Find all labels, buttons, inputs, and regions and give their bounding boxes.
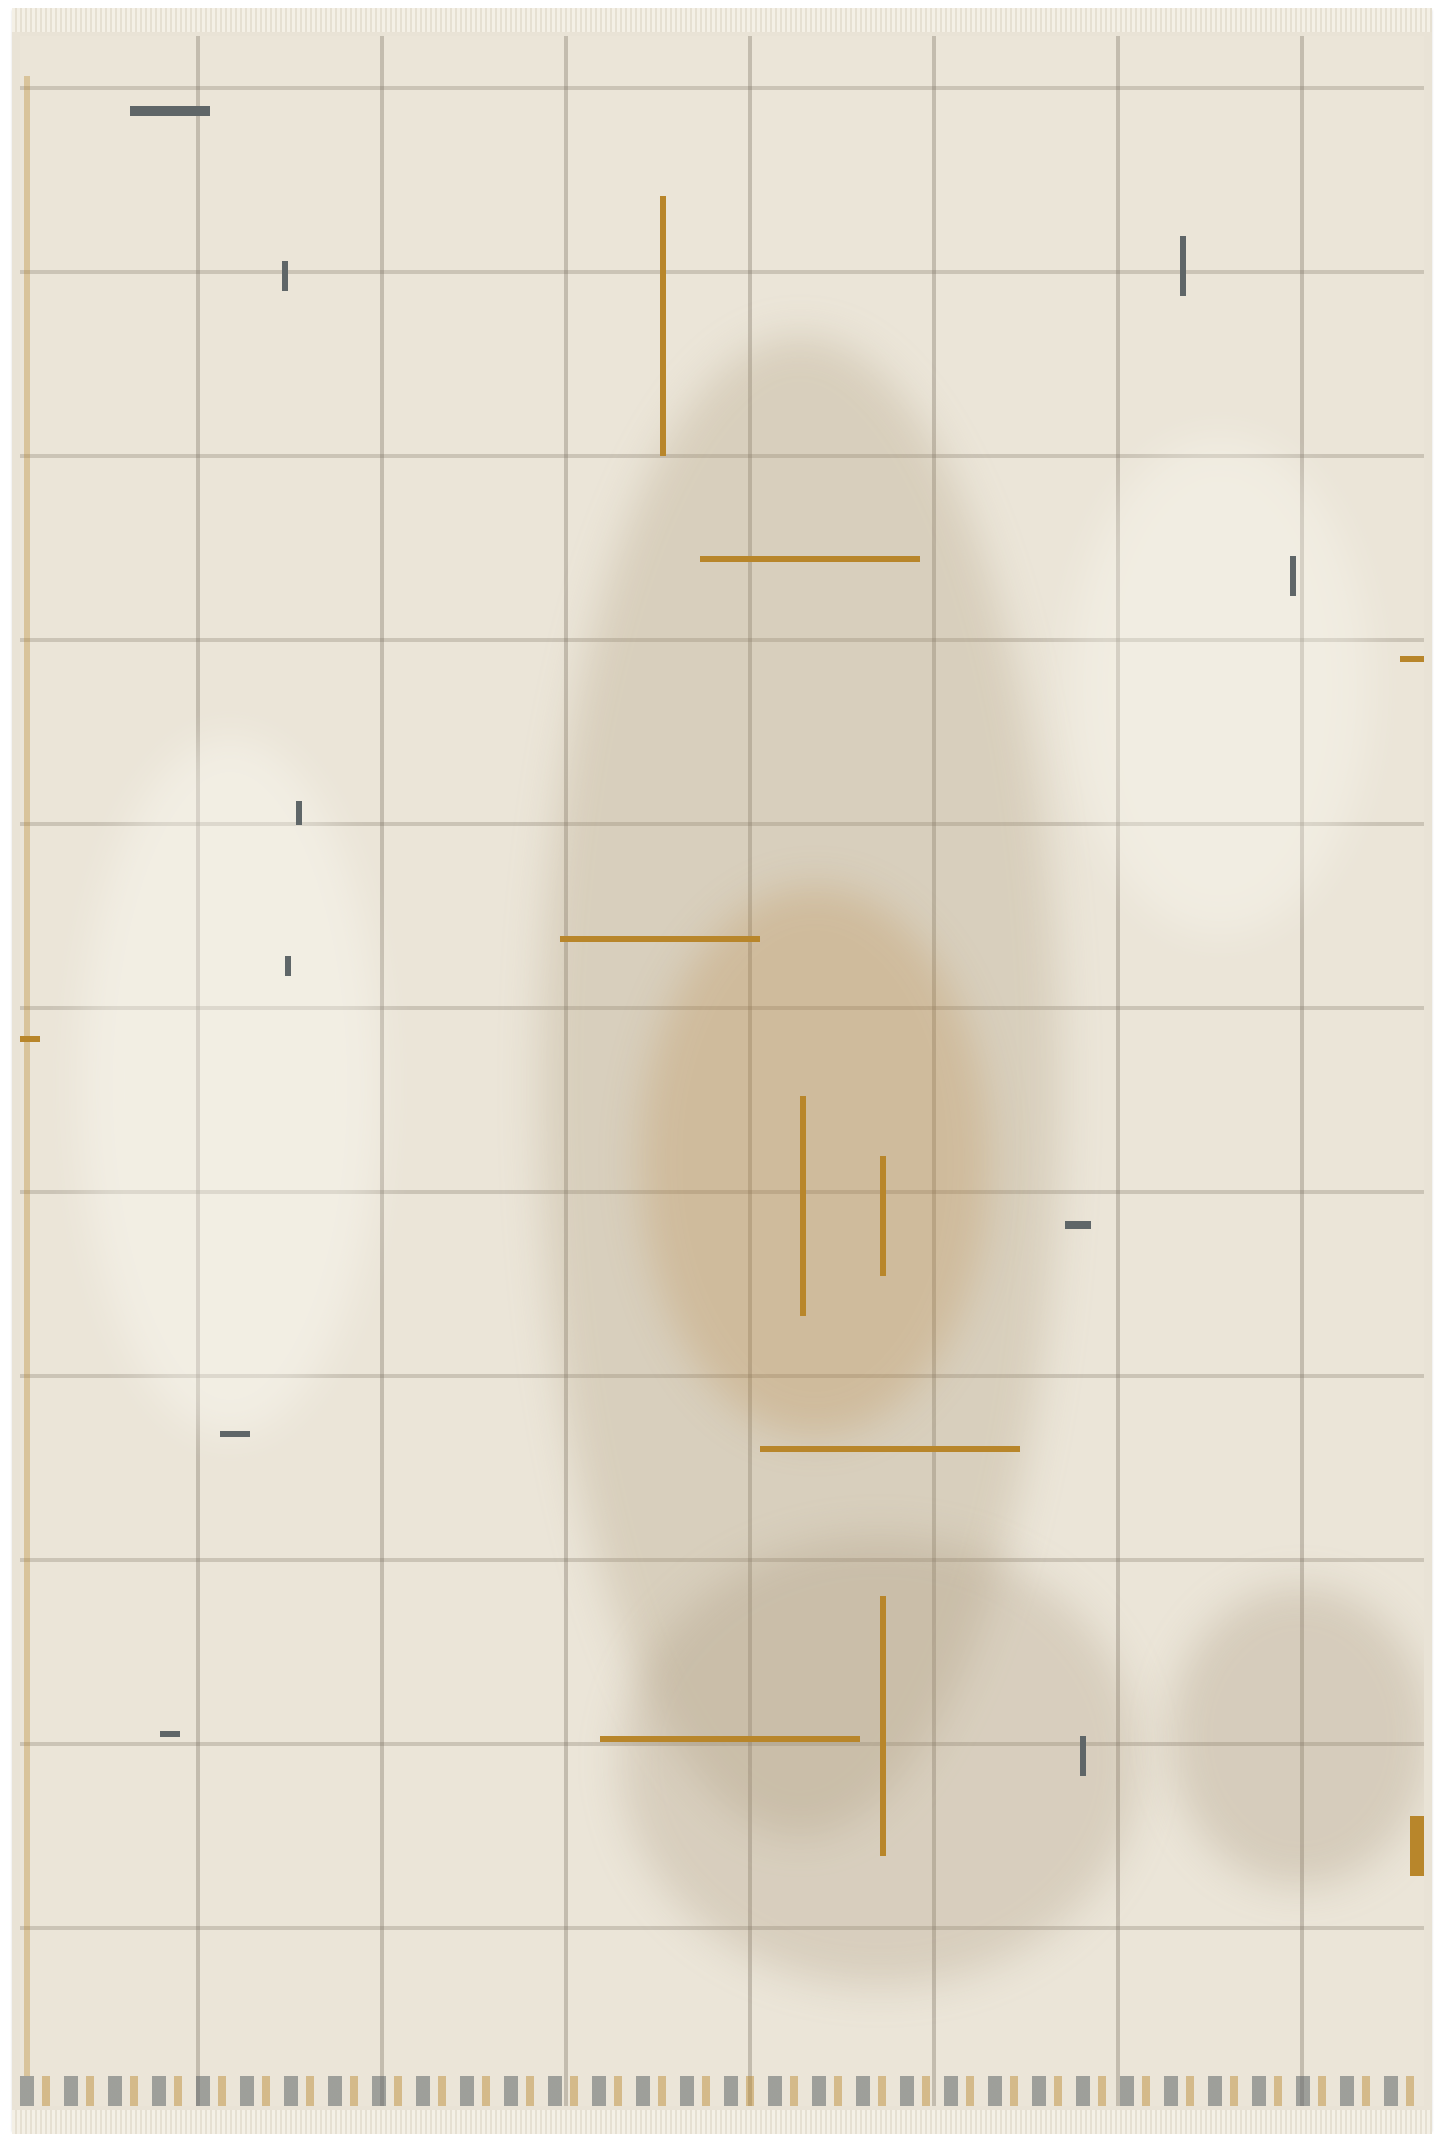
gold-fleck bbox=[1400, 656, 1424, 662]
gold-fleck bbox=[560, 936, 760, 942]
gold-fleck bbox=[600, 1736, 860, 1742]
gold-fleck bbox=[1410, 1816, 1424, 1876]
top-fringe bbox=[12, 8, 1432, 32]
taupe-wash bbox=[1170, 1586, 1424, 1886]
slate-fleck bbox=[285, 956, 291, 976]
slate-fleck bbox=[1080, 1736, 1086, 1776]
gold-fleck bbox=[660, 196, 666, 456]
slate-fleck bbox=[1180, 236, 1186, 296]
slate-fleck bbox=[282, 261, 288, 291]
gold-fleck bbox=[800, 1096, 806, 1316]
bottom-distressed-border bbox=[20, 2076, 1424, 2106]
gold-fleck bbox=[760, 1446, 1020, 1452]
rug bbox=[12, 10, 1432, 2132]
gold-fleck bbox=[24, 76, 30, 2076]
gold-wash bbox=[640, 886, 990, 1436]
gold-fleck bbox=[880, 1596, 886, 1856]
slate-fleck bbox=[130, 106, 210, 116]
bottom-fringe bbox=[12, 2110, 1432, 2134]
slate-fleck bbox=[296, 801, 302, 825]
rug-field bbox=[20, 36, 1424, 2106]
slate-fleck bbox=[220, 1431, 250, 1437]
slate-fleck bbox=[160, 1731, 180, 1737]
gold-fleck bbox=[700, 556, 920, 562]
gold-fleck bbox=[20, 1036, 40, 1042]
slate-fleck bbox=[1065, 1221, 1091, 1229]
light-patch bbox=[1070, 436, 1370, 936]
light-patch bbox=[80, 736, 380, 1436]
gold-fleck bbox=[880, 1156, 886, 1276]
slate-fleck bbox=[1290, 556, 1296, 596]
